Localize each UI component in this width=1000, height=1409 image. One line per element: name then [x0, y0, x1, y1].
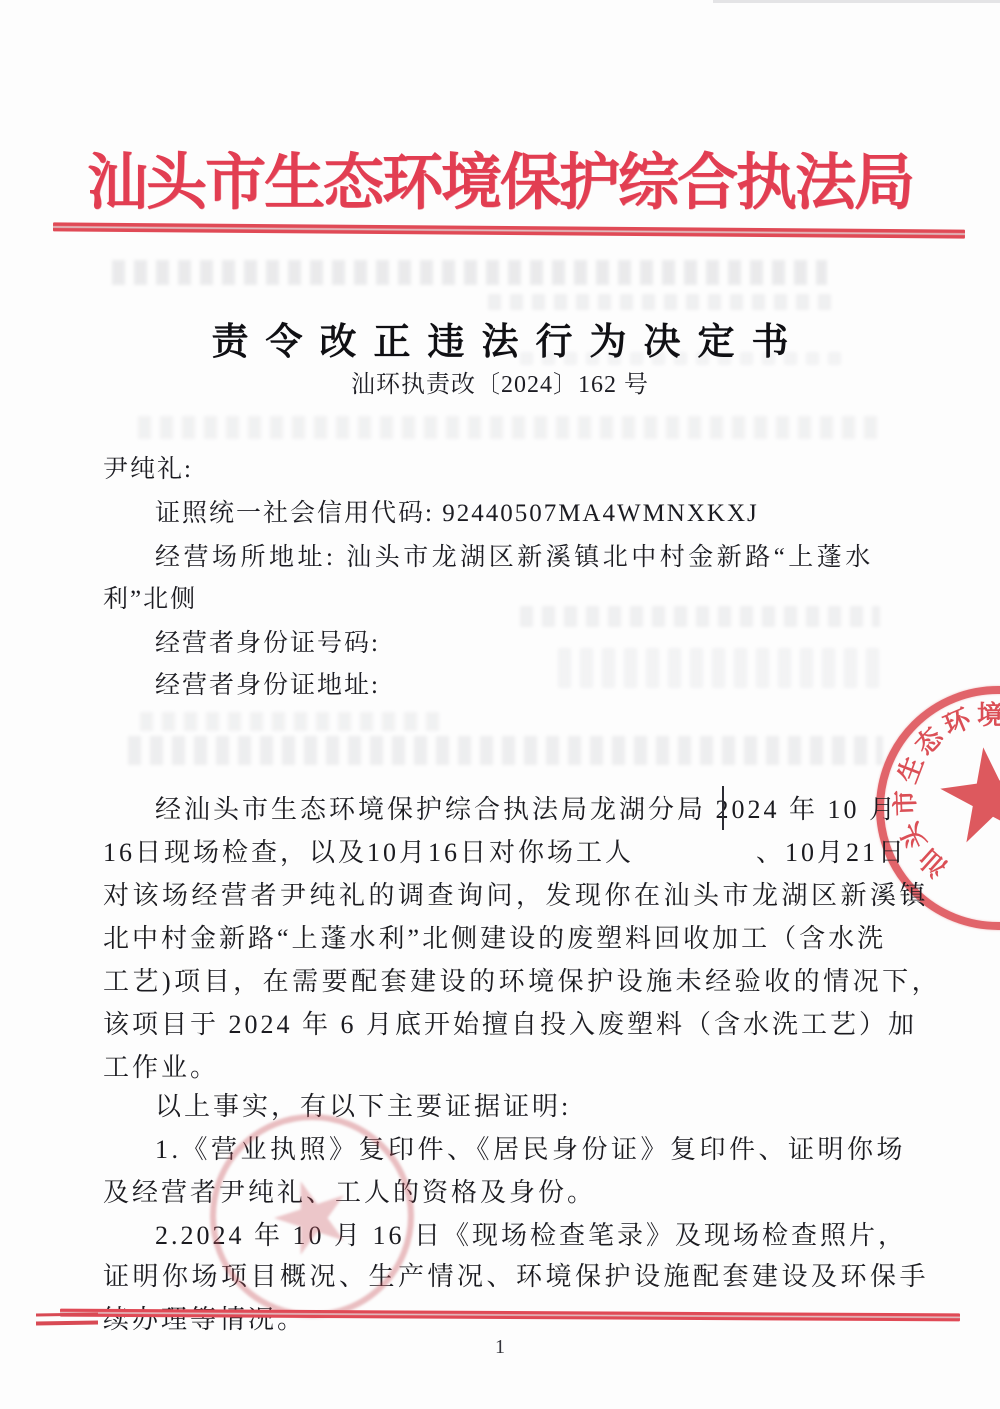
body-line: 经汕头市生态环境保护综合执法局龙湖分局 2024 年 10 月: [103, 789, 967, 826]
scan-artifact-line: [722, 786, 724, 830]
recipient-id-address-label: 经营者身份证地址:: [103, 665, 965, 701]
body-line: 工艺)项目，在需要配套建设的环境保护设施未经验收的情况下，: [103, 961, 915, 998]
body-line: 对该场经营者尹纯礼的调查询问，发现你在汕头市龙湖区新溪镇: [103, 875, 915, 912]
body-line: 北中村金新路“上蓬水利”北侧建设的废塑料回收加工（含水洗: [103, 918, 915, 955]
footer-red-line-fragment: [36, 1320, 98, 1325]
scan-edge-line: [713, 0, 1000, 3]
recipient-name: 尹纯礼:: [103, 449, 913, 485]
body-line-with-redaction: 16日现场检查，以及10月16日对你场工人、10月21日: [103, 832, 915, 869]
body-line-part: 、10月21日: [756, 838, 907, 867]
page-number: 1: [0, 1336, 1000, 1359]
bleed-through-noise: [112, 260, 827, 285]
bleed-through-noise: [140, 712, 440, 731]
letterhead-divider-line: [53, 222, 965, 238]
body-line: 该项目于 2024 年 6 月底开始擅自投入废塑料（含水洗工艺）加: [103, 1004, 915, 1041]
body-line-part: 16日现场检查，以及10月16日对你场工人: [103, 838, 634, 867]
seal-arc-char: 境: [976, 702, 1000, 730]
agency-letterhead-title: 汕头市生态环境保护综合执法局: [0, 134, 1000, 224]
recipient-credit-code: 证照统一社会信用代码: 92440507MA4WMNXKXJ: [103, 493, 965, 529]
body-line: 工作业。: [103, 1047, 915, 1084]
recipient-business-address-line2: 利”北侧: [103, 579, 913, 615]
recipient-id-number-label: 经营者身份证号码:: [103, 623, 965, 659]
recipient-business-address-line1: 经营场所地址: 汕头市龙湖区新溪镇北中村金新路“上蓬水: [103, 537, 965, 573]
bleed-through-seal: ★: [210, 1114, 414, 1318]
document-title: 责令改正违法行为决定书: [0, 311, 1000, 365]
scanned-document-page: 汕头市生态环境保护综合执法局 责令改正违法行为决定书 汕环执责改〔2024〕16…: [0, 0, 1000, 1409]
bleed-through-noise: [128, 736, 883, 765]
document-number: 汕环执责改〔2024〕162 号: [0, 364, 1000, 399]
bleed-through-noise: [488, 294, 833, 310]
bleed-through-noise: [138, 416, 883, 439]
